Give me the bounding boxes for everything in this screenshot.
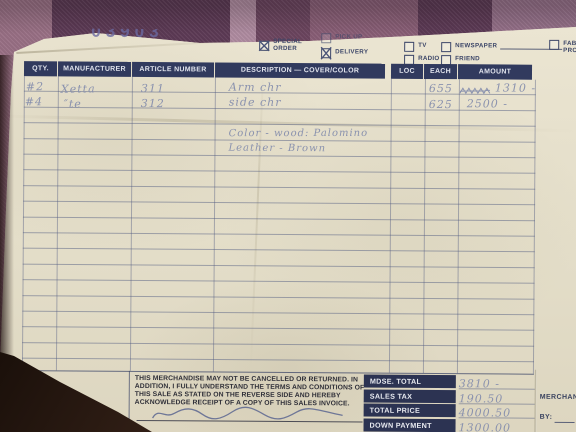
scribbled-out-amount	[459, 86, 493, 95]
col-header-each: EACH	[424, 64, 457, 79]
delivery-label: DELIVERY	[335, 48, 368, 55]
table-body-grid	[22, 76, 536, 375]
invoice-content: 03903 SPECIAL ORDER PICK UP DELIVERY	[0, 0, 576, 432]
photo-of-invoice-on-plaid-fabric: 03903 SPECIAL ORDER PICK UP DELIVERY	[0, 0, 576, 432]
mdse-total-value: 3810 -	[459, 374, 535, 390]
down-payment-amount: 1300.00	[458, 421, 511, 432]
edge-label-line2: PRO	[563, 47, 576, 54]
row2-amount: 2500 -	[467, 97, 508, 110]
checkbox-special-order: SPECIAL ORDER	[259, 38, 311, 52]
by-blank-line	[555, 422, 575, 423]
row1-qty: #2	[26, 80, 45, 94]
table-gridline	[389, 79, 392, 373]
row1-article-number: 311	[141, 82, 165, 95]
col-header-qty: QTY.	[24, 61, 57, 76]
checkbox-delivery: DELIVERY	[321, 48, 368, 58]
down-payment-label: DOWN PAYMENT	[363, 419, 455, 432]
total-price-label: TOTAL PRICE	[364, 404, 456, 418]
row1-each: 655	[429, 82, 453, 95]
radio-label: RADIO	[418, 55, 439, 62]
tv-checkbox	[404, 42, 414, 52]
table-gridline	[423, 79, 426, 373]
table-gridline	[213, 77, 216, 371]
table-gridline	[533, 80, 536, 374]
pick-up-checkbox	[321, 33, 331, 43]
row2-manufacturer: ″te	[64, 97, 82, 110]
newspaper-label: NEWSPAPER	[455, 42, 497, 49]
row2-description: side chr	[229, 96, 282, 109]
col-header-loc: LOC	[391, 64, 423, 79]
sales-tax-label: SALES TAX	[364, 390, 456, 404]
col-header-description: DESCRIPTION — COVER/COLOR	[215, 62, 385, 78]
row2-each: 625	[429, 98, 453, 111]
special-order-checkbox	[259, 41, 269, 51]
checkbox-edge-fragment: FAB PRO	[549, 40, 576, 54]
by-label: BY:	[540, 414, 553, 421]
invoice-number: 03903	[91, 29, 211, 43]
special-order-label: SPECIAL ORDER	[273, 38, 311, 52]
row1-manufacturer: Xetta	[61, 82, 96, 95]
edge-checkbox-label: FAB PRO	[563, 40, 576, 54]
table-gridline	[457, 79, 460, 373]
table-gridline	[22, 76, 25, 370]
merchandise-label-fragment: MERCHAND	[540, 394, 576, 401]
row1-amount: 1310 -	[495, 81, 536, 94]
x-mark-icon	[319, 46, 333, 60]
col-header-amount: AMOUNT	[458, 64, 532, 80]
tv-label: TV	[418, 42, 427, 49]
row2-article-number: 312	[141, 97, 165, 110]
note-leather: Leather - Brown	[228, 143, 326, 155]
paper-edge-crease	[534, 370, 536, 432]
note-color: Color - wood: Palomino	[229, 128, 369, 139]
checkbox-tv: TV	[404, 42, 427, 52]
newspaper-checkbox	[441, 42, 451, 52]
x-mark-icon	[257, 39, 271, 53]
customer-signature	[149, 404, 349, 423]
row2-qty: #4	[25, 95, 43, 108]
friend-label: FRIEND	[455, 55, 480, 62]
table-gridline	[56, 76, 59, 370]
pick-up-label: PICK UP	[335, 33, 362, 40]
left-edge-shadow	[0, 55, 14, 375]
invoice-number-text: 03903	[91, 29, 211, 43]
down-payment-value: 1300.00	[458, 418, 534, 432]
row1-description: Arm chr	[229, 81, 282, 94]
delivery-checkbox	[321, 48, 331, 58]
checkbox-pick-up: PICK UP	[321, 33, 362, 43]
mdse-total-label: MDSE. TOTAL	[364, 375, 456, 389]
col-header-article-number: ARTICLE NUMBER	[132, 62, 214, 78]
checkbox-newspaper: NEWSPAPER	[441, 42, 562, 53]
table-gridline	[130, 77, 133, 371]
edge-checkbox	[549, 40, 559, 50]
total-price-value: 4000.50	[459, 403, 535, 419]
col-header-manufacturer: MANUFACTURER	[58, 61, 131, 77]
